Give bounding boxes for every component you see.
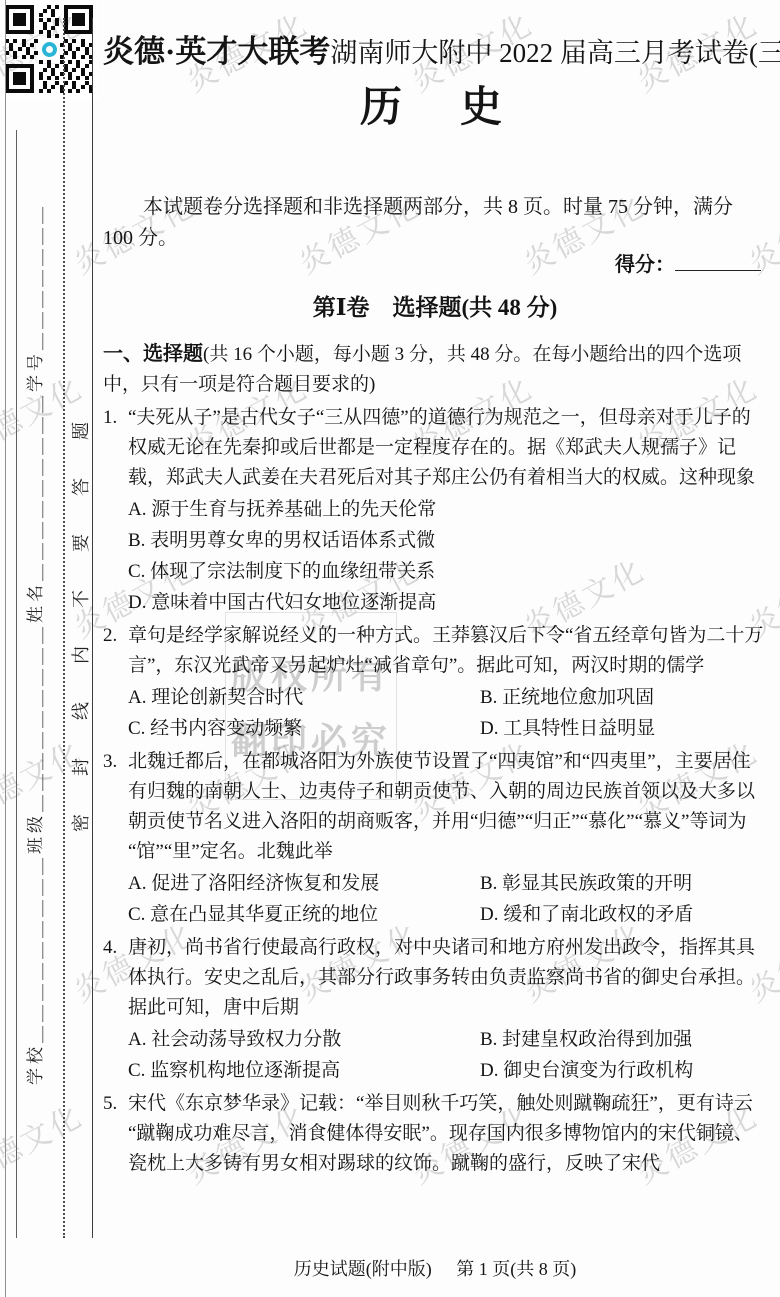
question: 4. 唐初，尚书省行使最高行政权，对中央诸司和地方府州发出政令，指挥其具体执行。… (103, 933, 767, 1086)
option: D. 御史台演变为行政机构 (480, 1055, 767, 1086)
question-number: 3. (103, 747, 117, 777)
option: B. 封建皇权政治得到加强 (480, 1024, 767, 1055)
seal-outer-line (16, 130, 17, 1238)
options: A. 理论创新契合时代B. 正统地位愈加巩固C. 经书内容变动频繁D. 工具特性… (128, 682, 767, 744)
option: A. 源于生育与抚养基础上的先天伦常 (128, 494, 767, 525)
option: A. 促进了洛阳经济恢复和发展 (128, 868, 480, 899)
question: 5. 宋代《东京梦华录》记载：“举目则秋千巧笑，触处则蹴鞠疏狂”，更有诗云“蹴鞠… (103, 1089, 767, 1179)
option: B. 正统地位愈加巩固 (480, 682, 767, 713)
exam-intro: 本试题卷分选择题和非选择题两部分，共 8 页。时量 75 分钟，满分 100 分… (103, 192, 767, 254)
page-footer: 历史试题(附中版) 第 1 页(共 8 页) (103, 1255, 767, 1281)
question-stem: 唐初，尚书省行使最高行政权，对中央诸司和地方府州发出政令，指挥其具体执行。安史之… (128, 937, 755, 1018)
subject-title: 历 史 (103, 74, 767, 134)
footer-page-label: 第 1 页(共 8 页) (456, 1259, 576, 1279)
watermark-text: 炎德文化 (0, 1092, 90, 1193)
footer-doc-label: 历史试题(附中版) (294, 1259, 432, 1279)
exam-header-title: 炎德·英才大联考湖南师大附中 2022 届高三月考试卷(三) (103, 26, 767, 71)
exam-brand: 炎德·英才大联考 (103, 34, 330, 69)
option: B. 彰显其民族政策的开明 (480, 868, 767, 899)
question-number: 1. (103, 403, 117, 433)
option: C. 经书内容变动频繁 (128, 713, 480, 744)
option: C. 监察机构地位逐渐提高 (128, 1055, 480, 1086)
option: D. 工具特性日益明显 (480, 713, 767, 744)
scan-edge-line (5, 0, 6, 1297)
question: 2. 章句是经学家解说经义的一种方式。王莽篡汉后下令“省五经章句皆为二十万言”，… (103, 621, 767, 744)
score-line: 得分： (103, 248, 767, 277)
option: A. 社会动荡导致权力分散 (128, 1024, 480, 1055)
question: 1. “夫死从子”是古代女子“三从四德”的道德行为规范之一，但母亲对于儿子的权威… (103, 403, 767, 618)
student-fields-label: 学校＿＿＿＿＿＿＿＿＿班级＿＿＿＿＿＿＿＿＿姓名＿＿＿＿＿＿＿＿＿学号＿＿＿＿＿… (21, 184, 45, 1104)
options: A. 社会动荡导致权力分散B. 封建皇权政治得到加强C. 监察机构地位逐渐提高D… (128, 1024, 767, 1086)
question: 3. 北魏迁都后，在都城洛阳为外族使节设置了“四夷馆”和“四夷里”，主要居住有归… (103, 747, 767, 930)
option: D. 意味着中国古代妇女地位逐渐提高 (128, 587, 767, 618)
instruction: 一、选择题(共 16 个小题，每小题 3 分，共 48 分。在每小题给出的四个选… (103, 339, 767, 400)
seal-instruction-label: 密封线内不要答题 (67, 370, 89, 846)
question-stem: 北魏迁都后，在都城洛阳为外族使节设置了“四夷馆”和“四夷里”，主要居住有归魏的南… (128, 751, 755, 862)
options: A. 促进了洛阳经济恢复和发展B. 彰显其民族政策的开明C. 意在凸显其华夏正统… (128, 868, 767, 930)
question-area: 一、选择题(共 16 个小题，每小题 3 分，共 48 分。在每小题给出的四个选… (103, 339, 767, 1180)
question-stem: 章句是经学家解说经义的一种方式。王莽篡汉后下令“省五经章句皆为二十万言”，东汉光… (128, 625, 763, 676)
question-number: 2. (103, 621, 117, 651)
seal-dotted-line (63, 18, 65, 1238)
instruction-lead: 一、选择题 (103, 343, 203, 365)
option: D. 缓和了南北政权的矛盾 (480, 899, 767, 930)
question-number: 5. (103, 1089, 117, 1119)
exam-paper-page: { "watermark": { "text": "炎德文化", "copyri… (0, 0, 780, 1297)
option: B. 表明男尊女卑的男权话语体系式微 (128, 525, 767, 556)
score-label: 得分： (615, 254, 675, 276)
option: C. 意在凸显其华夏正统的地位 (128, 899, 480, 930)
seal-inner-line (92, 18, 93, 1238)
option: C. 体现了宗法制度下的血缘纽带关系 (128, 556, 767, 587)
exam-session: 湖南师大附中 2022 届高三月考试卷(三) (330, 38, 780, 68)
question-stem: 宋代《东京梦华录》记载：“举目则秋千巧笑，触处则蹴鞠疏狂”，更有诗云“蹴鞠成功难… (128, 1093, 753, 1174)
option: A. 理论创新契合时代 (128, 682, 480, 713)
question-stem: “夫死从子”是古代女子“三从四德”的道德行为规范之一，但母亲对于儿子的权威无论在… (128, 407, 755, 488)
score-blank (675, 250, 761, 271)
question-number: 4. (103, 933, 117, 963)
options: A. 源于生育与抚养基础上的先天伦常B. 表明男尊女卑的男权话语体系式微C. 体… (128, 494, 767, 618)
section-heading: 第Ⅰ卷 选择题(共 48 分) (103, 289, 767, 322)
